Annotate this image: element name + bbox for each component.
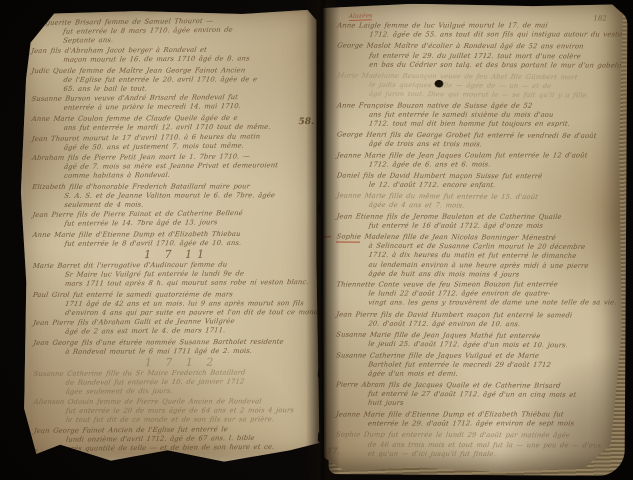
entry-line: Anne Laigle femme de luc Vuilgué mourut … bbox=[337, 21, 614, 30]
binding-stitch bbox=[318, 432, 323, 442]
register-entry: Susanne Marie fille de Jean Jaques Mathé… bbox=[336, 331, 612, 352]
register-entry: Susanne Catherine fille du Sr Maire Fred… bbox=[33, 368, 311, 396]
entry-line: âgée d'un mois et demi. bbox=[336, 370, 613, 380]
entry-line: âgée seulement de dix jours. bbox=[33, 386, 312, 397]
entry-line: 1712. âgée de 55. ans tout dit son fils … bbox=[337, 31, 614, 40]
entry-line: enterrée le 29. d'août 1712. âgée enviro… bbox=[335, 419, 612, 428]
register-entry: Anne Laigle femme de luc Vuilgué mourut … bbox=[337, 21, 613, 40]
entry-line: âgé de 2 ans est mort le 4. de mars 1711… bbox=[33, 325, 312, 336]
entry-line: Jean George fils d'une éturée nommée Sus… bbox=[33, 337, 312, 347]
entry-line: 1711 âgé de 42 ans et un mois. lui 9 ans… bbox=[32, 298, 311, 308]
manuscript-scan: Marguerite Brisard femme de Samuel Thour… bbox=[0, 0, 633, 480]
entry-line: Bartholet fut enterrée le mecredi 29 d'a… bbox=[336, 360, 613, 370]
entry-line: fut enterré le 16 d'août 1712. âgé d'onz… bbox=[336, 222, 613, 232]
year-heading: 1 7 11 bbox=[144, 248, 310, 260]
entry-line: en bas du Cédrier son talq. et des bras … bbox=[337, 60, 614, 70]
entry-line: maçon mourut le 16. de mars 1710 âgé de … bbox=[31, 54, 310, 65]
entry-line: 1712. âgée de 6. ans et 6. mois. bbox=[336, 160, 613, 169]
register-entry: Susanne Burson veuve d'André Brisard de … bbox=[31, 93, 309, 113]
entry-line: S. A. S. et de Jeanne Valiton mourut le … bbox=[32, 191, 311, 201]
entry-line: Sophie Dump fut enterrée le lundi 29 d'a… bbox=[335, 431, 612, 441]
entry-line: seulement de 4 mois. bbox=[32, 199, 311, 209]
entry-line: comme habitans à Rondeval. bbox=[32, 170, 311, 181]
entry-line: fut enterrée le 8 d'avril 1710. âgée de … bbox=[32, 238, 311, 248]
register-entry: George Henri fils de George Grobet fut e… bbox=[336, 131, 612, 151]
margin-age-note: 58. bbox=[299, 117, 315, 127]
entry-line: et qu'un — d'ici jusqu'il fut finale. bbox=[335, 449, 612, 459]
right-page-entries: Anne Laigle femme de luc Vuilgué mourut … bbox=[335, 22, 613, 460]
register-entry: Jeanne Marie fille d'Etienne Dump et d'E… bbox=[335, 410, 611, 429]
left-page-number: 17. bbox=[27, 448, 40, 457]
entry-line: à Rondeval mourut le 6 mai 1711 âgé de 2… bbox=[33, 346, 312, 356]
entry-line: âgée de huit ans dix mois moins 4 jours bbox=[336, 270, 613, 281]
register-entry: Jean Etienne fils de Jerome Bauleton et … bbox=[336, 212, 612, 231]
register-entry: Pierre Abram fils de Jacques Quaile et d… bbox=[335, 381, 611, 410]
entry-line: Jean Etienne fils de Jerome Bauleton et … bbox=[336, 212, 613, 222]
right-page-number: 17. bbox=[327, 446, 340, 455]
entry-line: George Maslot Maître d'écolier à Rondeva… bbox=[337, 42, 614, 52]
register-entry: Elizabeth fille d'honorable Frederich Ba… bbox=[32, 182, 310, 209]
register-entry: Alienson Odouin femme de Pierre Queile A… bbox=[33, 398, 311, 425]
entry-line: Susanne Catherine fille de Jaques Vuilgu… bbox=[336, 351, 613, 361]
register-entry: Jean Pierre fils de Pierre Fainot et de … bbox=[32, 208, 310, 228]
register-entry: Anne Marie fille d'Etienne Dump et d'Eli… bbox=[32, 229, 310, 248]
entry-line: mars 1711 tout après 8 h. qui mourut san… bbox=[32, 278, 311, 289]
entry-line: 20. d'août 1712. âgé environ de 10. ans. bbox=[336, 320, 613, 330]
entry-line: de l'Eglise fut enterrée le 20. avril 17… bbox=[31, 75, 310, 85]
entry-line: âgé juron tout. Dieu qui mourut le — se … bbox=[336, 90, 613, 101]
register-entry: Thiennette Conte veuve de feu Simeon Bou… bbox=[336, 281, 612, 309]
register-entry: Judic Queile femme de Maître Jean George… bbox=[31, 66, 309, 93]
entry-line: 1712. tout mal dit bien homme fut toujou… bbox=[336, 120, 613, 130]
register-entry: Anne Marie Coulon femme de Claude Queile… bbox=[31, 114, 309, 133]
entry-line: Paul Girol fut enterré le samedi quatorz… bbox=[32, 290, 311, 300]
entry-line: fut enterrée le 14. 7bre âgé de 13. jour… bbox=[32, 217, 311, 228]
entry-line: Anne Marie fille d'Etienne Dump et d'Eli… bbox=[32, 229, 311, 239]
register-entry: Jean George fils d'une éturée nommée Sus… bbox=[33, 337, 311, 356]
register-entry: Jean Pierre fils de David Humbert maçon … bbox=[336, 310, 612, 329]
register-entry: Marie Barret dit l'ierrogative d'Audinco… bbox=[32, 260, 310, 288]
register-entry: Anne Françoise Bouzon native de Suisse â… bbox=[336, 101, 612, 129]
entry-line: Jeanne Marie fille d'Etienne Dump et d'E… bbox=[335, 410, 612, 419]
register-entry: Jeanne Marie fille de Jean Jaques Coulam… bbox=[336, 151, 612, 170]
entry-line: Jeanne Marie fille de Jean Jaques Coulam… bbox=[336, 151, 613, 160]
entry-line: Anne Françoise Bouzon native de Suisse â… bbox=[336, 101, 613, 111]
entry-line: le tout fut dit de ce monde et de son fi… bbox=[33, 415, 312, 425]
entry-line: le 12. d'août 1712. encore enfant. bbox=[336, 181, 613, 191]
binding-stitch bbox=[318, 368, 323, 378]
entry-line: âgé de trois ans et trois mois. bbox=[336, 140, 613, 151]
entry-line: ans fut enterrée le mardi 12. avril 1710… bbox=[31, 122, 310, 132]
year-heading: 1 7 1 2 bbox=[145, 356, 311, 368]
register-entry: Jean George Fainot Ancien de l'Eglise fu… bbox=[33, 424, 311, 453]
entry-line: Elizabeth fille d'honorable Frederich Ba… bbox=[32, 182, 311, 192]
entry-line: huit jours bbox=[335, 399, 612, 410]
left-page-entries: Marguerite Brisard femme de Samuel Thour… bbox=[30, 17, 311, 453]
binding-stitch bbox=[318, 55, 323, 65]
right-page-scan: Aluzées 182 Anne Laigle femme de luc Vui… bbox=[321, 3, 623, 472]
entry-line: d'environ 4 ans qui par suite en pauvre … bbox=[33, 307, 312, 317]
entry-line: le jeudi 25. d'août 1712. âgée d'un mois… bbox=[336, 340, 613, 351]
register-entry: Marie Madelaine Besançon veuve de feu Ab… bbox=[336, 72, 612, 102]
register-entry: Sophie Madelene fille de Jean Nicolas Bo… bbox=[336, 233, 612, 281]
register-entry: Jean fils d'Abraham Jacot berger à Ronde… bbox=[31, 45, 309, 65]
register-entry: Jean Thourot mourut le 17 d'avril 1710. … bbox=[31, 131, 309, 152]
entry-line: ans fut enterrée le samedi sixième du mo… bbox=[336, 110, 613, 120]
register-entry: Jean Pierre fils d'Abraham Galli et de J… bbox=[33, 316, 311, 336]
entry-line: enterrée à une prière le mecredi 14. mai… bbox=[31, 102, 310, 113]
entry-line: âgée de 4 ans et 7. mois. bbox=[336, 201, 613, 212]
register-entry: Daniel fils de David Humbert maçon Suiss… bbox=[336, 172, 612, 191]
register-entry: Marguerite Brisard femme de Samuel Thour… bbox=[30, 16, 308, 45]
left-page-scan: Marguerite Brisard femme de Samuel Thour… bbox=[18, 9, 319, 463]
register-entry: Sophie Dump fut enterrée le lundi 29 d'a… bbox=[335, 431, 611, 460]
register-entry: Paul Girol fut enterré le samedi quatorz… bbox=[32, 290, 310, 317]
binding-stitch bbox=[318, 203, 323, 213]
header-annotation: Aluzées bbox=[349, 12, 373, 21]
register-entry: Abraham fils de Pierre Petit Jean mort l… bbox=[31, 152, 309, 180]
entry-line: vingt ans. les gens y trouvèrent de dame… bbox=[336, 299, 613, 308]
entry-line: prés quantité de telle — et de bien de s… bbox=[34, 442, 313, 453]
register-entry: Susanne Catherine fille de Jaques Vuilgu… bbox=[336, 351, 612, 379]
register-entry: Jeanne Marie fille du même fut enterrée … bbox=[336, 192, 612, 213]
register-entry: George Maslot Maître d'écolier à Rondeva… bbox=[337, 42, 613, 71]
